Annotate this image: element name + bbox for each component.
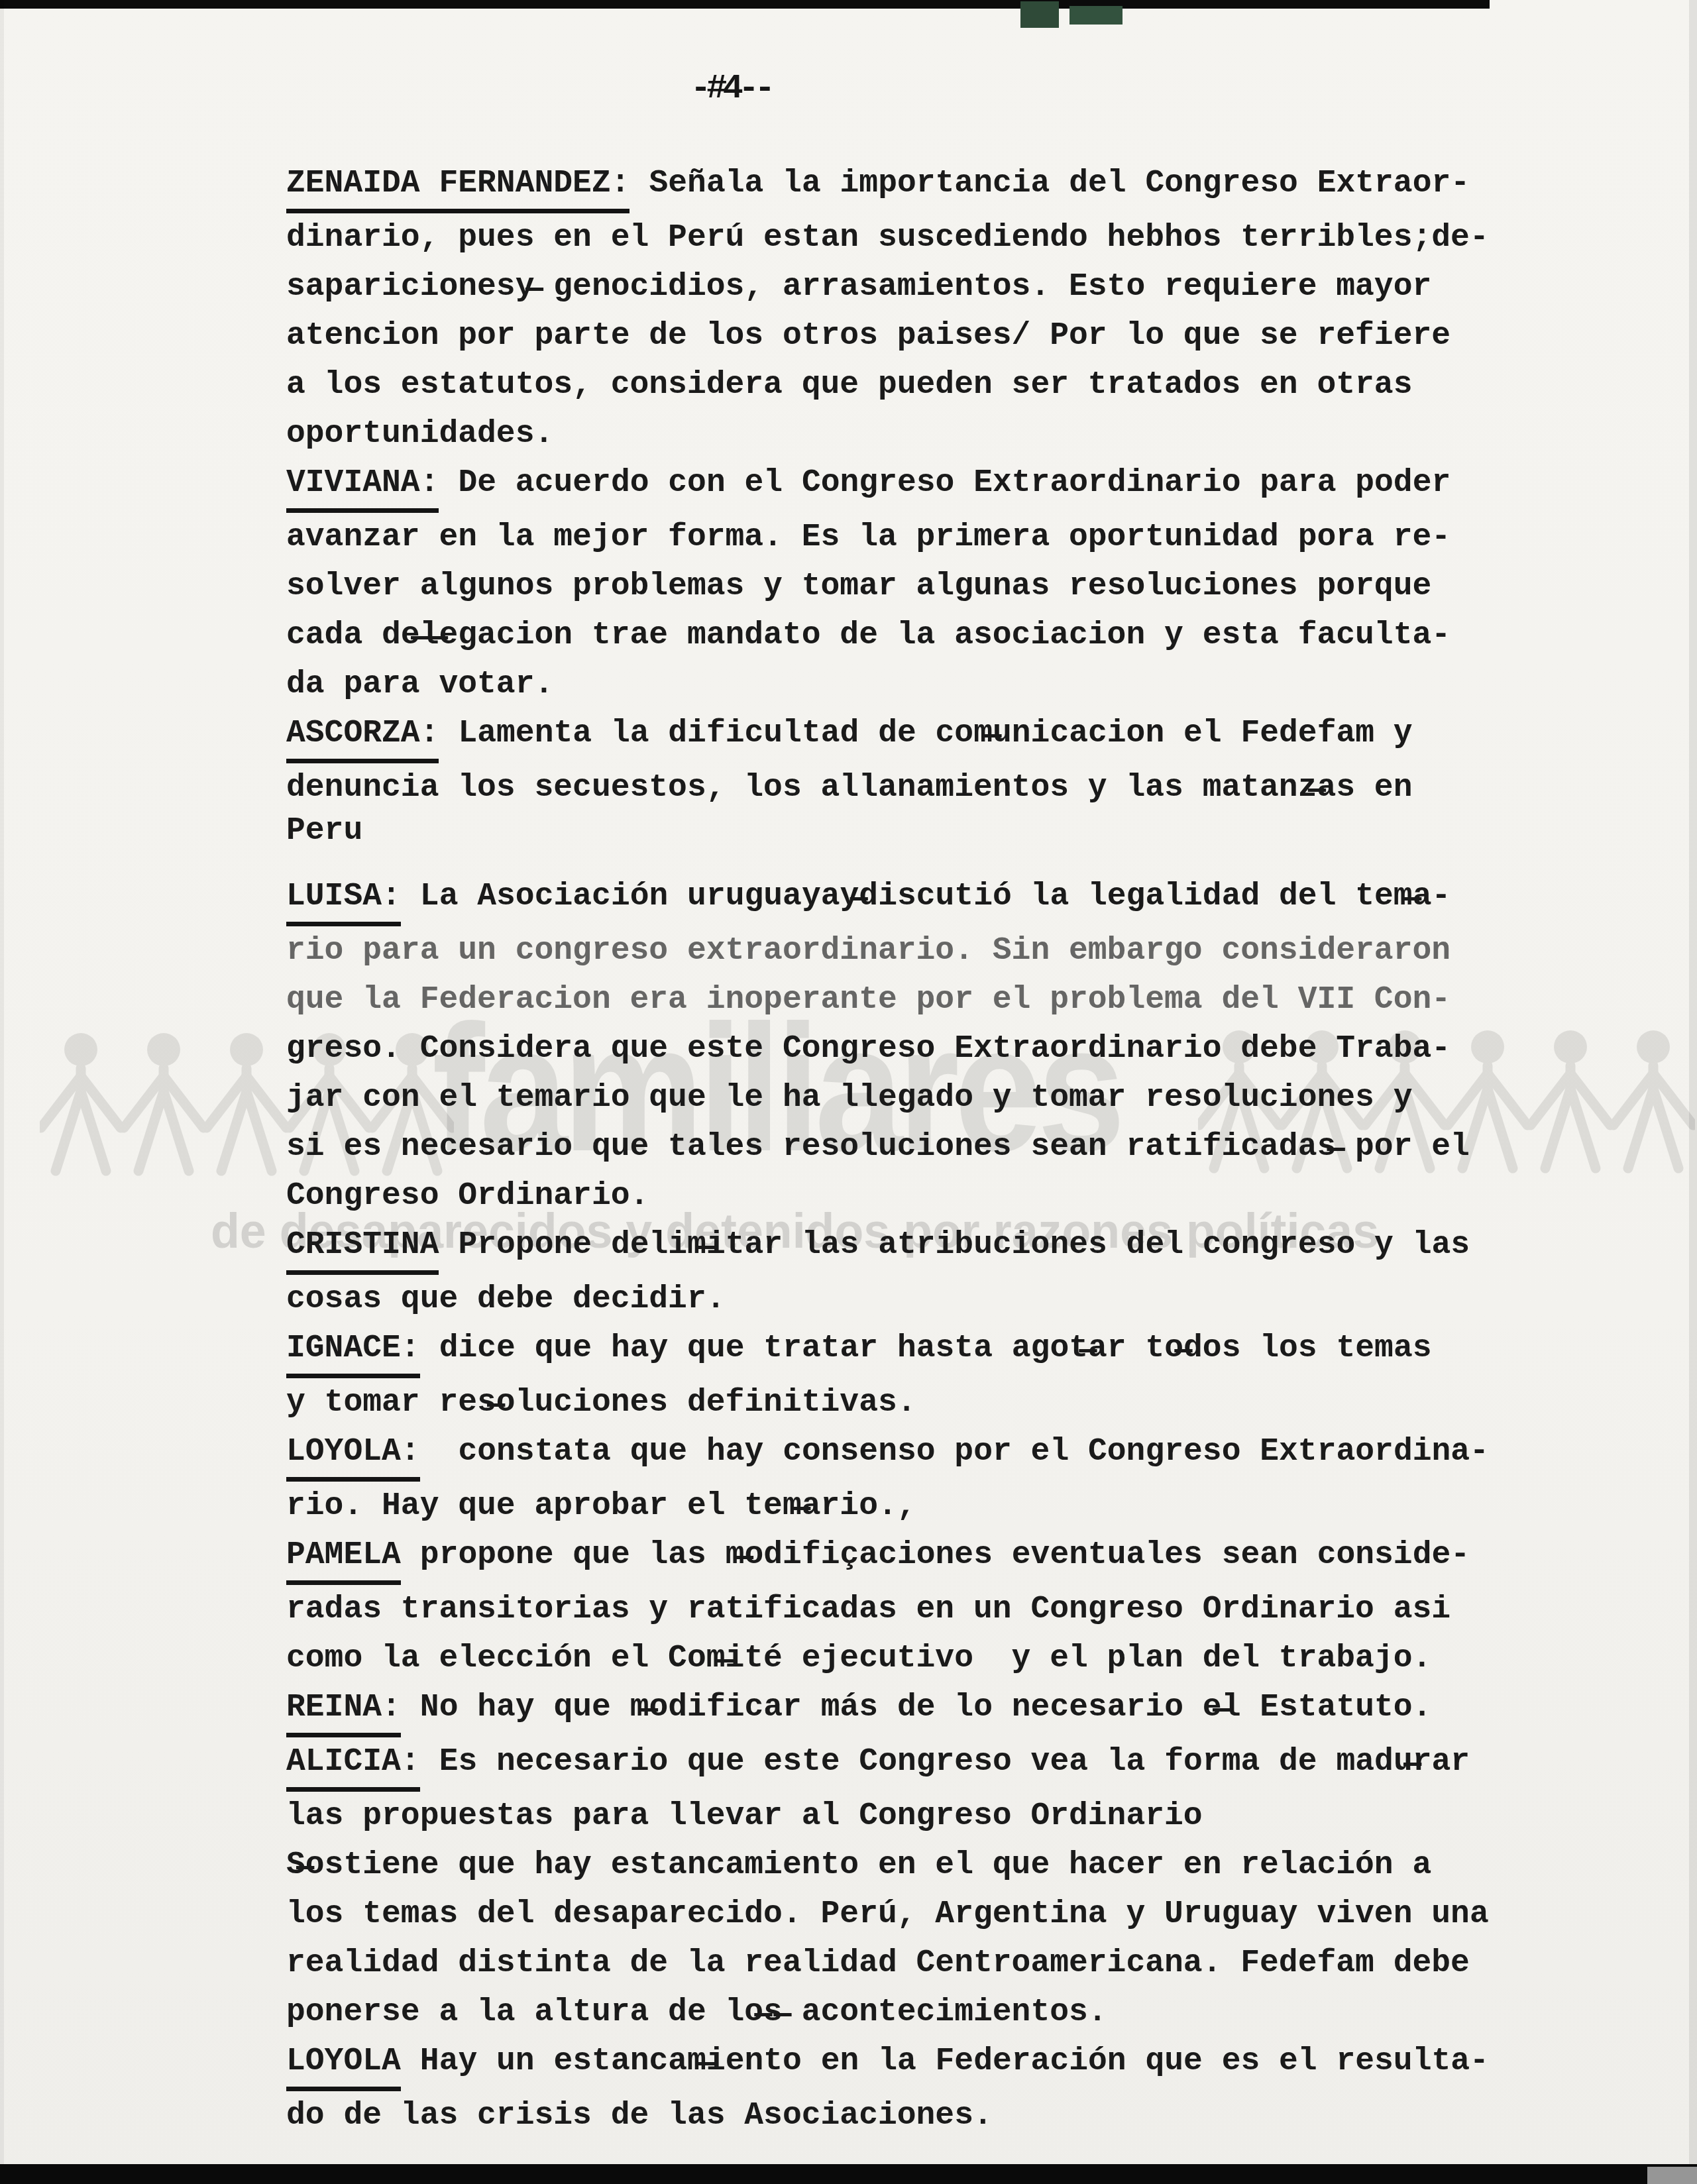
- scanned-document-page: familiares de desaparecidos y detenidos …: [0, 0, 1697, 2184]
- text-line: oportunidades.: [286, 409, 1598, 459]
- text-line: denuncia los secuestos, los allanamiento…: [286, 763, 1598, 812]
- paragraph: S̶ostiene que hay estancamiento en el qu…: [286, 1841, 1598, 2037]
- text-line: S̶ostiene que hay estancamiento en el qu…: [286, 1841, 1598, 1890]
- speaker-label: ASCORZA:: [286, 709, 439, 763]
- line-text: constata que hay consenso por el Congres…: [439, 1434, 1489, 1470]
- text-line: Congreso Ordinario.: [286, 1172, 1598, 1221]
- text-line: solver algunos problemas y tomar algunas…: [286, 562, 1598, 611]
- speaker-label: LOYOLA: [286, 2037, 401, 2091]
- scan-edge-bottom-notch: [1647, 2167, 1697, 2184]
- paragraph: LOYOLAHay un estancam̶iento en la Federa…: [286, 2037, 1598, 2140]
- text-line: a los estatutos, considera que pueden se…: [286, 360, 1598, 409]
- line-text: De acuerdo con el Congreso Extraordinari…: [458, 465, 1451, 501]
- text-line: avanzar en la mejor forma. Es la primera…: [286, 513, 1598, 562]
- paragraph: PAMELApropone que las m̶odifiçaciones ev…: [286, 1531, 1598, 1683]
- line-text: Propone delim̶itar las atribuciones del …: [458, 1227, 1470, 1263]
- text-line: rio. Hay que aprobar el tem̶ario.,: [286, 1482, 1598, 1531]
- paragraph: IGNACE:dice que hay que tratar hasta ago…: [286, 1324, 1598, 1427]
- text-line: LUISA:La Asociación uruguayay̶discutió l…: [286, 872, 1598, 926]
- text-line: do de las crisis de las Asociaciones.: [286, 2091, 1598, 2140]
- scan-edge-top: [0, 0, 1490, 9]
- text-line: los temas del desaparecido. Perú, Argent…: [286, 1890, 1598, 1939]
- text-line: y tomar res̶oluciones definitivas.: [286, 1378, 1598, 1427]
- speaker-label: LUISA:: [286, 872, 401, 926]
- speaker-label: IGNACE:: [286, 1324, 420, 1378]
- paragraph: ZENAIDA FERNANDEZ:Señala la importancia …: [286, 159, 1598, 459]
- text-line: REINA:No hay que m̶odificar más de lo ne…: [286, 1683, 1598, 1737]
- speaker-label: LOYOLA:: [286, 1427, 420, 1482]
- text-line: realidad distinta de la realidad Centroa…: [286, 1939, 1598, 1988]
- line-text: dice que hay que tratar hasta agot̶ar to…: [439, 1331, 1432, 1366]
- text-line: ASCORZA:Lamenta la dificultad de com̶uni…: [286, 709, 1598, 763]
- page-number: -#4--: [690, 69, 771, 108]
- paragraph: REINA:No hay que m̶odificar más de lo ne…: [286, 1683, 1598, 1737]
- document-text-block: ZENAIDA FERNANDEZ:Señala la importancia …: [286, 159, 1598, 2140]
- scan-edge-right: [1689, 0, 1697, 2184]
- paragraph: VIVIANA:De acuerdo con el Congreso Extra…: [286, 459, 1598, 709]
- text-line: cosas que debe decidir.: [286, 1275, 1598, 1324]
- text-line: LOYOLAHay un estancam̶iento en la Federa…: [286, 2037, 1598, 2091]
- paragraph: LOYOLA: constata que hay consenso por el…: [286, 1427, 1598, 1531]
- text-line: LOYOLA: constata que hay consenso por el…: [286, 1427, 1598, 1482]
- text-line: como la elección el Com̶ité ejecutivo y …: [286, 1634, 1598, 1683]
- paragraph: ASCORZA:Lamenta la dificultad de com̶uni…: [286, 709, 1598, 849]
- speaker-label: PAMELA: [286, 1531, 401, 1585]
- line-text: La Asociación uruguayay̶discutió la lega…: [420, 879, 1451, 914]
- green-mark: [1020, 1, 1059, 28]
- text-line: CRISTINAPropone delim̶itar las atribucio…: [286, 1221, 1598, 1275]
- speaker-label: ZENAIDA FERNANDEZ:: [286, 159, 630, 213]
- line-text: No hay que m̶odificar más de lo necesari…: [420, 1690, 1432, 1725]
- paragraph: ALICIA:Es necesario que este Congreso ve…: [286, 1737, 1598, 1841]
- text-line: da para votar.: [286, 660, 1598, 709]
- text-line: atencion por parte de los otros paises/ …: [286, 311, 1598, 360]
- line-text: propone que las m̶odifiçaciones eventual…: [420, 1537, 1470, 1573]
- scan-edge-left: [0, 0, 4, 2184]
- text-line: si es necesario que tales resoluciones s…: [286, 1122, 1598, 1172]
- speaker-label: REINA:: [286, 1683, 401, 1737]
- text-line: radas transitorias y ratificadas en un C…: [286, 1585, 1598, 1634]
- line-text: Señala la importancia del Congreso Extra…: [649, 166, 1470, 201]
- text-line: ZENAIDA FERNANDEZ:Señala la importancia …: [286, 159, 1598, 213]
- text-line: saparicionesy̶ genocidios, arrasamientos…: [286, 262, 1598, 311]
- scan-edge-bottom: [0, 2164, 1697, 2184]
- text-line: ALICIA:Es necesario que este Congreso ve…: [286, 1737, 1598, 1792]
- speaker-label: CRISTINA: [286, 1221, 439, 1275]
- line-text: Lamenta la dificultad de com̶unicacion e…: [458, 716, 1412, 751]
- speaker-label: ALICIA:: [286, 1737, 420, 1792]
- text-line: greso. Considera que este Congreso Extra…: [286, 1024, 1598, 1073]
- text-line: rio para un congreso extraordinario. Sin…: [286, 926, 1598, 975]
- text-line: dinario, pues en el Perú estan suscedien…: [286, 213, 1598, 262]
- text-line: Peru: [286, 812, 1598, 849]
- text-line: las propuestas para llevar al Congreso O…: [286, 1792, 1598, 1841]
- text-line: IGNACE:dice que hay que tratar hasta ago…: [286, 1324, 1598, 1378]
- line-text: Hay un estancam̶iento en la Federación q…: [420, 2044, 1489, 2079]
- paragraph: CRISTINAPropone delim̶itar las atribucio…: [286, 1221, 1598, 1324]
- green-mark: [1069, 6, 1122, 25]
- line-text: Es necesario que este Congreso vea la fo…: [439, 1744, 1470, 1780]
- speaker-label: VIVIANA:: [286, 459, 439, 513]
- paragraph: LUISA:La Asociación uruguayay̶discutió l…: [286, 872, 1598, 1221]
- text-line: que la Federacion era inoperante por el …: [286, 975, 1598, 1024]
- text-line: VIVIANA:De acuerdo con el Congreso Extra…: [286, 459, 1598, 513]
- text-line: cada de̶l̶egacion trae mandato de la aso…: [286, 611, 1598, 660]
- text-line: PAMELApropone que las m̶odifiçaciones ev…: [286, 1531, 1598, 1585]
- text-line: jar con el temario que le ha llegado y t…: [286, 1073, 1598, 1122]
- text-line: ponerse a la altura de lo̶s̶ acontecimie…: [286, 1988, 1598, 2037]
